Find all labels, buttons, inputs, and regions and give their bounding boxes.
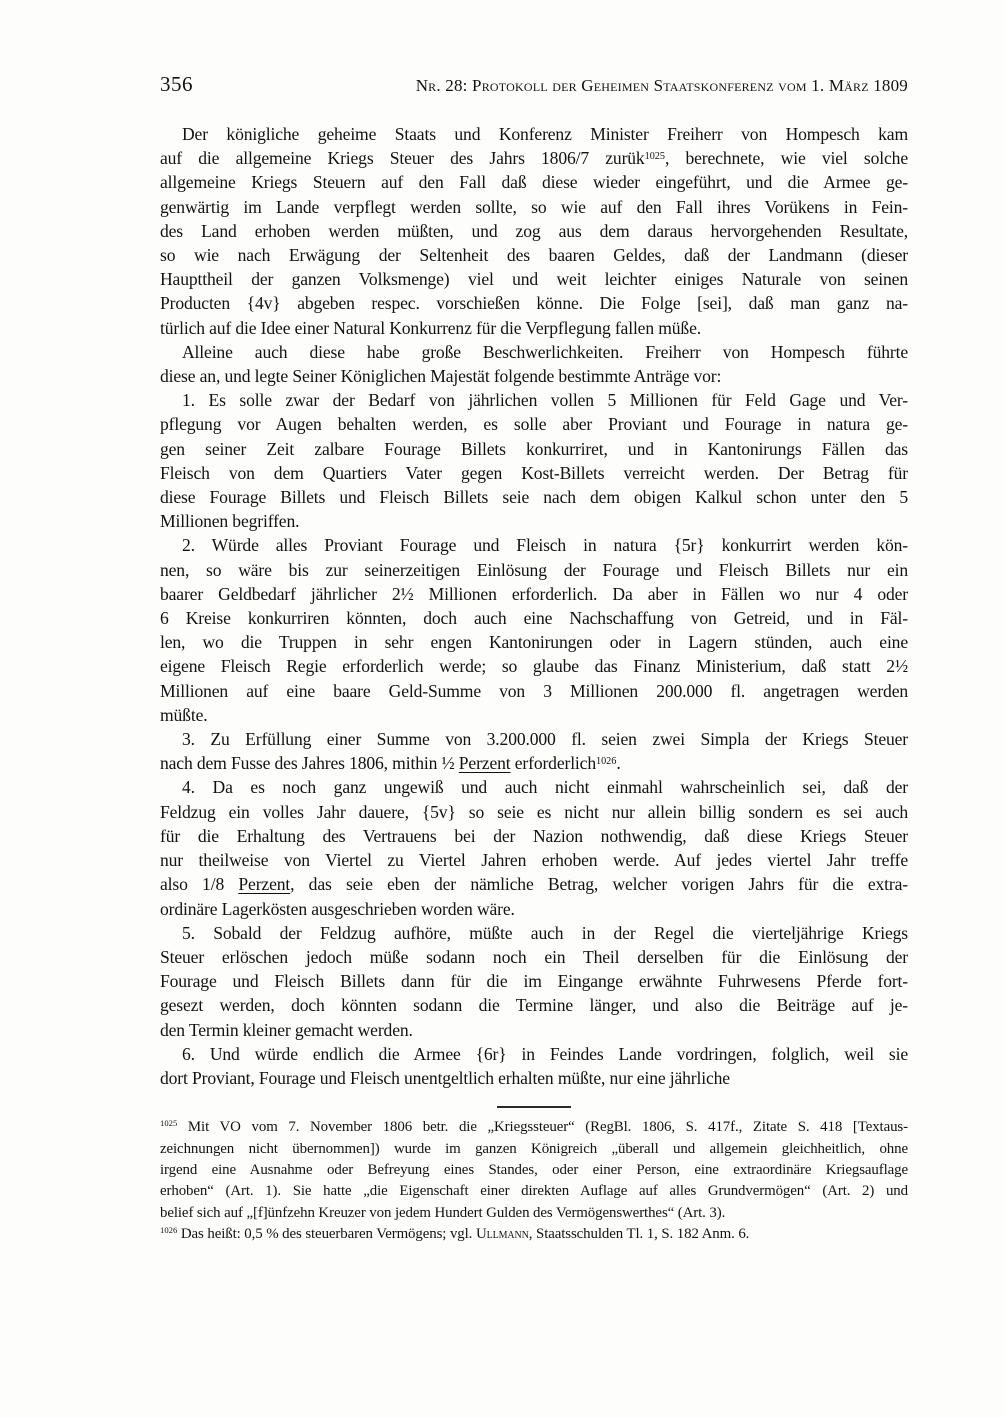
body-text: Der königliche geheime Staats und Konfer…: [160, 122, 908, 1090]
text-line: gesezt werden, doch könnten sodann die T…: [160, 993, 908, 1017]
text-line: Fleisch von dem Quartiers Vater gegen Ko…: [160, 461, 908, 485]
paragraph: 3. Zu Erfüllung einer Summe von 3.200.00…: [160, 727, 908, 775]
text-line: 3. Zu Erfüllung einer Summe von 3.200.00…: [160, 727, 908, 751]
text-line: 6. Und würde endlich die Armee {6r} in F…: [160, 1042, 908, 1066]
paragraph: Der königliche geheime Staats und Konfer…: [160, 122, 908, 340]
text-line: len, wo die Truppen in sehr engen Kanton…: [160, 630, 908, 654]
small-caps-name: Ullmann: [476, 1226, 529, 1242]
paragraph: 2. Würde alles Proviant Fourage und Flei…: [160, 533, 908, 727]
underlined-term: Perzent: [238, 874, 290, 894]
text-line: des Land erhoben werden müßten, und zog …: [160, 219, 908, 243]
text-line: so wie nach Erwägung der Seltenheit des …: [160, 243, 908, 267]
text-line: den Termin kleiner gemacht werden.: [160, 1018, 908, 1042]
text-line: Alleine auch diese habe große Beschwerli…: [160, 340, 908, 364]
paragraph: Alleine auch diese habe große Beschwerli…: [160, 340, 908, 388]
text-line: müßte.: [160, 703, 908, 727]
text-line: pflegung vor Augen behalten werden, es s…: [160, 412, 908, 436]
footnote: 1025 Mit VO vom 7. November 1806 betr. d…: [160, 1117, 908, 1224]
text-line: Haupttheil der ganzen Volksmenge) viel u…: [160, 267, 908, 291]
text-line: eigene Fleisch Regie erforderlich werde;…: [160, 654, 908, 678]
text-line: 6 Kreise konkurriren könnten, doch auch …: [160, 606, 908, 630]
book-page: 356 Nr. 28: Protokoll der Geheimen Staat…: [0, 0, 1004, 1418]
text-line: Feldzug ein volles Jahr dauere, {5v} so …: [160, 800, 908, 824]
underlined-term: Perzent: [459, 753, 511, 773]
text-line: Steuer erlöschen jedoch müße sodann noch…: [160, 945, 908, 969]
text-line: zeichnungen nicht übernommen]) wurde im …: [160, 1139, 908, 1160]
text-line: türlich auf die Idee einer Natural Konku…: [160, 316, 908, 340]
text-line: gen seiner Zeit zalbare Fourage Billets …: [160, 437, 908, 461]
text-line: allgemeine Kriegs Steuern auf den Fall d…: [160, 170, 908, 194]
paragraph: 5. Sobald der Feldzug aufhöre, müßte auc…: [160, 921, 908, 1042]
text-line: ordinäre Lagerkösten ausgeschrieben word…: [160, 897, 908, 921]
footnote-ref: 1026: [160, 1225, 177, 1235]
text-line: irgend eine Ausnahme oder Befreyung eine…: [160, 1160, 908, 1181]
text-line: diese Fourage Billets und Fleisch Billet…: [160, 485, 908, 509]
text-line: dort Proviant, Fourage und Fleisch unent…: [160, 1066, 908, 1090]
paragraph: 4. Da es noch ganz ungewiß und auch nich…: [160, 775, 908, 920]
text-line: nach dem Fusse des Jahres 1806, mithin ½…: [160, 751, 908, 775]
text-line: 1. Es solle zwar der Bedarf von jährlich…: [160, 388, 908, 412]
running-header: Nr. 28: Protokoll der Geheimen Staatskon…: [416, 76, 908, 96]
page-number: 356: [160, 72, 193, 97]
footnote-ref: 1025: [645, 151, 665, 162]
text-line: Millionen auf eine baare Geld-Summe von …: [160, 679, 908, 703]
text-line: belief sich auf „[f]ünfzehn Kreuzer von …: [160, 1203, 908, 1224]
footnote-separator: [497, 1106, 571, 1108]
text-line: genwärtig im Lande verpflegt werden soll…: [160, 195, 908, 219]
text-line: Fourage und Fleisch Billets dann für die…: [160, 969, 908, 993]
text-line: für die Erhaltung des Vertrauens bei der…: [160, 824, 908, 848]
footnote-ref: 1026: [596, 756, 616, 767]
text-line: also 1/8 Perzent, das seie eben der näml…: [160, 872, 908, 896]
page-header: 356 Nr. 28: Protokoll der Geheimen Staat…: [160, 72, 908, 97]
text-line: 4. Da es noch ganz ungewiß und auch nich…: [160, 775, 908, 799]
text-line: diese an, und legte Seiner Königlichen M…: [160, 364, 908, 388]
text-line: nen, so wäre bis zur seinerzeitigen Einl…: [160, 558, 908, 582]
footnotes: 1025 Mit VO vom 7. November 1806 betr. d…: [160, 1117, 908, 1245]
footnote: 1026 Das heißt: 0,5 % des steuerbaren Ve…: [160, 1224, 908, 1245]
text-line: auf die allgemeine Kriegs Steuer des Jah…: [160, 146, 908, 170]
text-line: baarer Geldbedarf jährlicher 2½ Millione…: [160, 582, 908, 606]
text-line: 1026 Das heißt: 0,5 % des steuerbaren Ve…: [160, 1224, 908, 1245]
text-line: 2. Würde alles Proviant Fourage und Flei…: [160, 533, 908, 557]
text-line: Der königliche geheime Staats und Konfer…: [160, 122, 908, 146]
text-line: 1025 Mit VO vom 7. November 1806 betr. d…: [160, 1117, 908, 1138]
paragraph: 1. Es solle zwar der Bedarf von jährlich…: [160, 388, 908, 533]
text-line: 5. Sobald der Feldzug aufhöre, müßte auc…: [160, 921, 908, 945]
text-line: Millionen begriffen.: [160, 509, 908, 533]
text-line: Producten {4v} abgeben respec. vorschieß…: [160, 291, 908, 315]
text-line: nur theilweise von Viertel zu Viertel Ja…: [160, 848, 908, 872]
footnote-ref: 1025: [160, 1118, 177, 1128]
paragraph: 6. Und würde endlich die Armee {6r} in F…: [160, 1042, 908, 1090]
page-content: 356 Nr. 28: Protokoll der Geheimen Staat…: [160, 0, 908, 1246]
text-line: erhoben“ (Art. 1). Sie hatte „die Eigens…: [160, 1181, 908, 1202]
